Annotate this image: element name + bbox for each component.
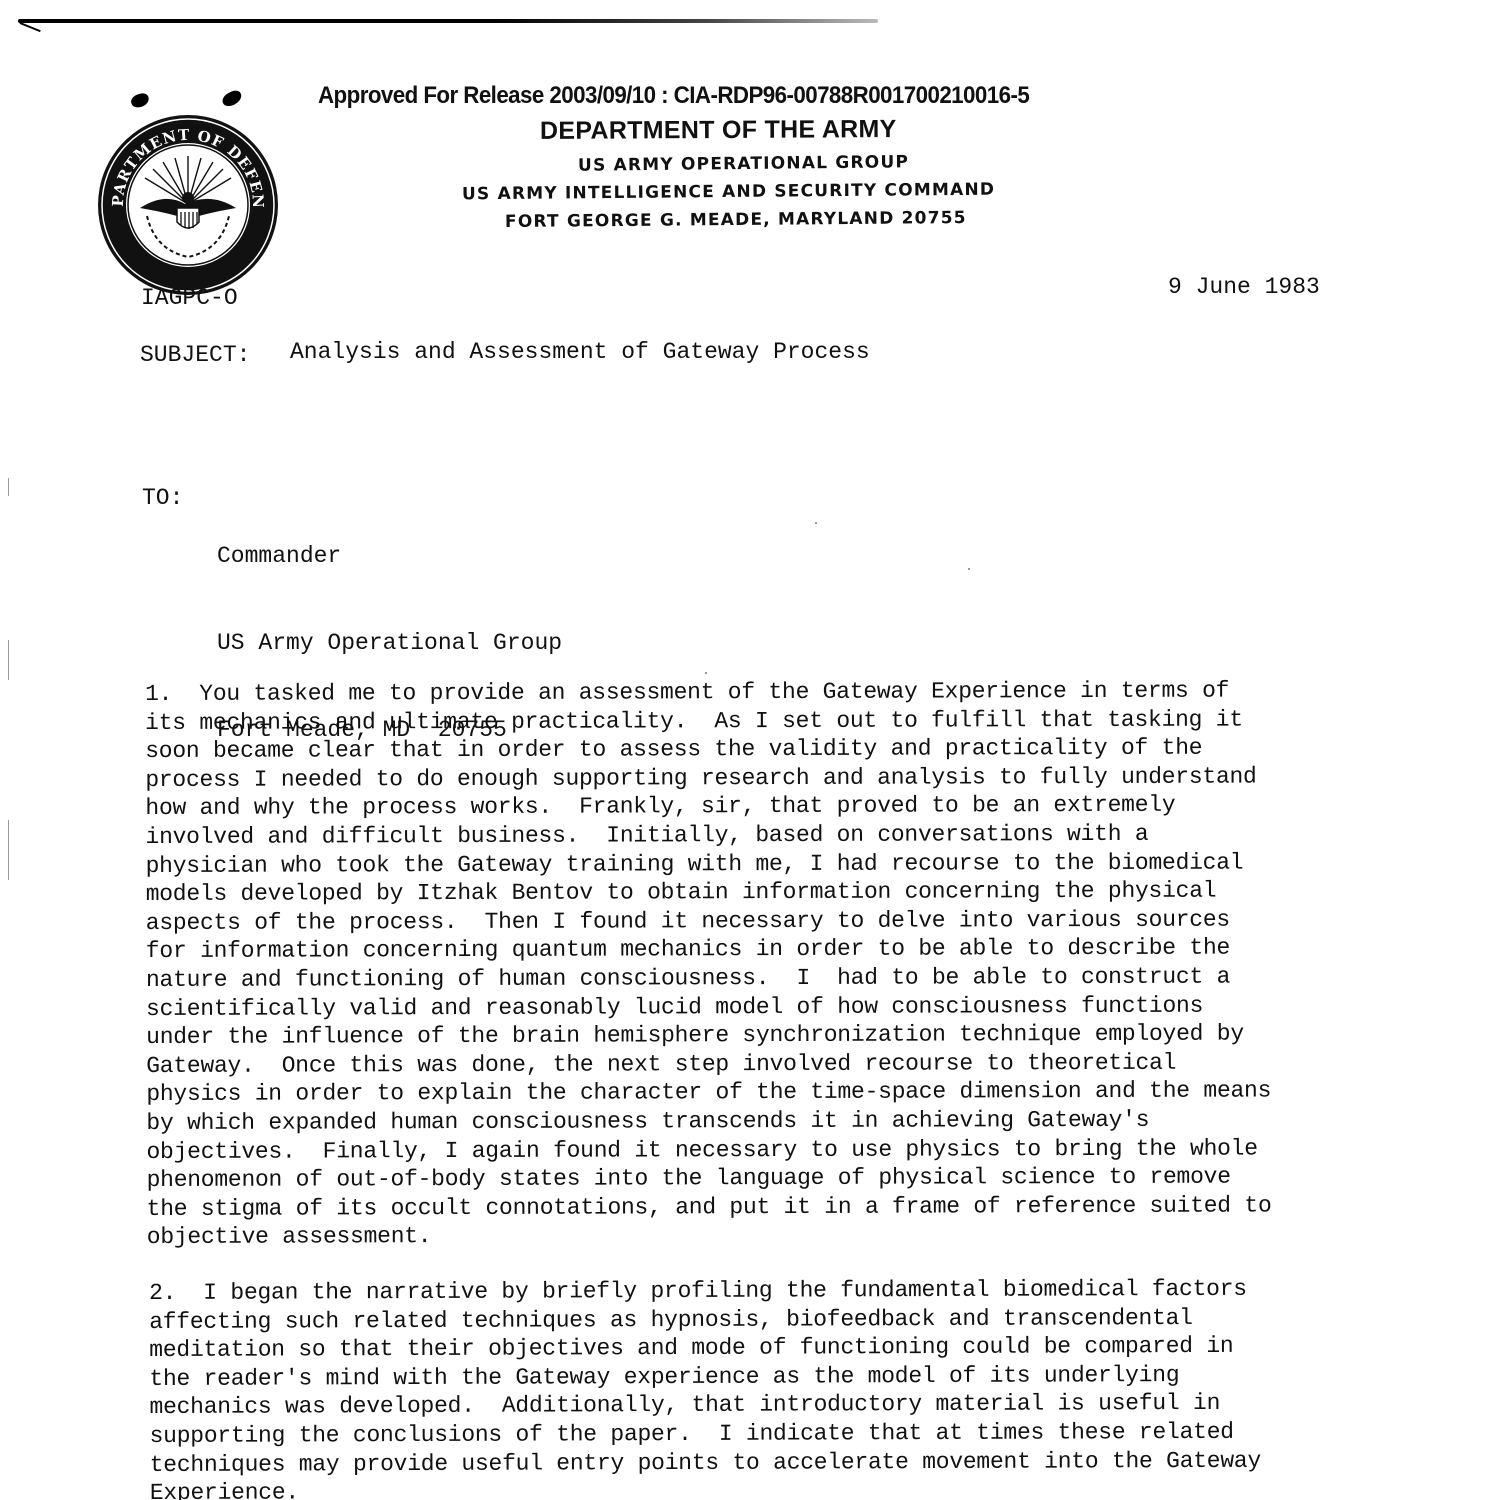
release-stamp: Approved For Release 2003/09/10 : CIA-RD…	[318, 82, 1029, 110]
paragraph-line: Gateway. Once this was done, the next st…	[146, 1048, 1271, 1080]
dod-seal-icon: DEPARTMENT OF DEFENSE UNITED STATES OF A…	[95, 112, 281, 298]
paragraph-line: nature and functioning of human consciou…	[146, 962, 1271, 994]
paragraph-line: process I needed to do enough supporting…	[145, 762, 1270, 794]
addressee-line: Commander	[217, 542, 562, 571]
paragraph-line: meditation so that their objectives and …	[149, 1332, 1260, 1365]
scan-speck	[815, 522, 817, 524]
scan-speck	[705, 672, 707, 674]
paragraph-line: objectives. Finally, I again found it ne…	[146, 1134, 1271, 1166]
paragraph-line: objective assessment.	[147, 1220, 1272, 1252]
subject-label: SUBJECT:	[140, 342, 250, 368]
office-symbol: IAGPC-O	[141, 285, 238, 311]
paragraph-line: mechanics was developed. Additionally, t…	[149, 1389, 1260, 1422]
letterhead-address: FORT GEORGE G. MEADE, MARYLAND 20755	[505, 208, 967, 232]
addressee-line: US Army Operational Group	[217, 629, 562, 658]
paragraph-line: models developed by Itzhak Bentov to obt…	[146, 877, 1271, 909]
margin-mark	[8, 478, 9, 496]
subject-text: Analysis and Assessment of Gateway Proce…	[290, 339, 870, 365]
paragraph-line: under the influence of the brain hemisph…	[146, 1020, 1271, 1052]
paragraph-2: 2. I began the narrative by briefly prof…	[149, 1275, 1261, 1500]
scan-edge-tick	[20, 22, 41, 32]
paragraph-line: physician who took the Gateway training …	[146, 848, 1271, 880]
paragraph-line: involved and difficult business. Initial…	[145, 819, 1270, 851]
ink-blot	[130, 92, 151, 109]
scan-edge-line	[18, 19, 878, 23]
paragraph-line: soon became clear that in order to asses…	[145, 734, 1270, 766]
paragraph-line: 2. I began the narrative by briefly prof…	[149, 1275, 1260, 1308]
paragraph-line: aspects of the process. Then I found it …	[146, 905, 1271, 937]
letterhead-department: DEPARTMENT OF THE ARMY	[540, 115, 897, 146]
memo-date: 9 June 1983	[1168, 274, 1320, 300]
paragraph-line: techniques may provide useful entry poin…	[150, 1446, 1261, 1479]
to-label: TO:	[142, 485, 183, 511]
paragraph-line: its mechanics and ultimate practicality.…	[145, 705, 1270, 737]
paragraph-line: supporting the conclusions of the paper.…	[150, 1418, 1261, 1451]
paragraph-line: 1. You tasked me to provide an assessmen…	[145, 676, 1270, 708]
paragraph-line: the stigma of its occult connotations, a…	[147, 1191, 1272, 1223]
margin-mark	[8, 820, 9, 880]
margin-mark	[8, 640, 9, 680]
letterhead-command: US ARMY INTELLIGENCE AND SECURITY COMMAN…	[462, 180, 995, 205]
paragraph-1: 1. You tasked me to provide an assessmen…	[145, 676, 1272, 1251]
paragraph-line: affecting such related techniques as hyp…	[149, 1303, 1260, 1336]
paragraph-line: for information concerning quantum mecha…	[146, 934, 1271, 966]
letterhead-unit: US ARMY OPERATIONAL GROUP	[578, 152, 909, 175]
paragraph-line: by which expanded human consciousness tr…	[146, 1105, 1271, 1137]
paragraph-line: Experience.	[150, 1475, 1261, 1500]
paragraph-line: how and why the process works. Frankly, …	[145, 791, 1270, 823]
paragraph-line: scientifically valid and reasonably luci…	[146, 991, 1271, 1023]
paragraph-line: phenomenon of out-of-body states into th…	[147, 1163, 1272, 1195]
ink-blot	[220, 88, 244, 108]
paragraph-line: physics in order to explain the characte…	[146, 1077, 1271, 1109]
scan-speck	[968, 568, 970, 570]
paragraph-line: the reader's mind with the Gateway exper…	[149, 1361, 1260, 1394]
